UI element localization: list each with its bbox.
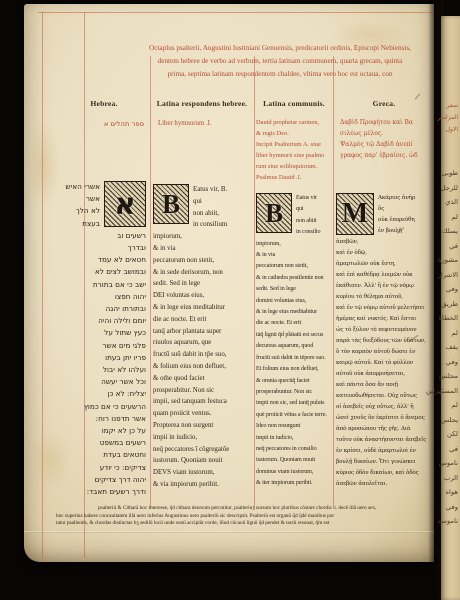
text-line: سفر: [441, 100, 458, 112]
woodcut-initial-m: M: [336, 193, 374, 235]
text-line: οἱ ἀσεβεῖς οὐχ οὕτως, ἀλλ' ἢ: [336, 402, 434, 413]
latin-hebrew-text-column: B Eatus vir, B.quinon abiit,in consilium…: [153, 184, 253, 491]
text-line: רשעים במשפט: [62, 437, 146, 449]
text-line: impii, sed tanquam festuca: [153, 396, 253, 408]
text-line: peccatorum non stetit,: [256, 261, 334, 272]
rubric-line: Δαβὶδ Προφήτου καὶ Βα: [340, 117, 434, 128]
text-line: ὡς τὸ ξύλον τὸ πεφυτευμένον: [336, 325, 434, 336]
rubric-line: dentem hebree de verbo ad verbum, tertia…: [128, 55, 432, 68]
text-line: الاشرار: [441, 268, 458, 283]
facing-page-edge: سفرالمزاميرالاول طوبىللرجلالذيلميسلكفيمش…: [441, 16, 460, 600]
text-line: καὶ ἐν τῷ νόμῳ αὐτοῦ μελετήσει: [336, 303, 434, 314]
latin-common-body: Eatus virquinon abiitin consilioimpiorum…: [256, 193, 334, 490]
page-crease: [24, 531, 434, 533]
text-line: DEVS viam iustorum,: [153, 467, 253, 479]
text-line: Propterea non surgent: [153, 420, 253, 432]
hebrew-text-column: א אשרי האישאשרלא הלךבעצתרשעים ובובדרךחטא…: [62, 181, 146, 498]
text-line: ἐκάθισεν. Ἀλλ' ἢ ἐν τῷ νόμῳ: [336, 281, 434, 292]
text-line: iustorum. Quoniam nouit: [256, 455, 334, 466]
text-line: prosperabuntur. Non sic: [256, 387, 334, 398]
text-line: neq̄ peccatores ī cōgregatōe: [153, 444, 253, 456]
text-line: τοῦτο οὐκ ἀναστήσονται ἀσεβεῖς: [336, 435, 434, 446]
text-line: tanq̄ arbor plantata super: [153, 326, 253, 338]
rubric-line: & regis Deo.: [256, 128, 336, 139]
text-line: & in via: [153, 243, 253, 255]
text-line: die ac nocte. Et erit: [153, 314, 253, 326]
text-line: רשעים וב: [62, 230, 146, 242]
text-line: καὶ πάντα ὅσα ἂν ποιῇ: [336, 380, 434, 391]
text-line: وفي: [441, 500, 458, 515]
text-line: יומם ולילה והיה: [62, 315, 146, 327]
latin-hebrew-body: Eatus vir, B.quinon abiit,in consiliumim…: [153, 184, 253, 491]
text-line: sedit. Sed in lege: [256, 284, 334, 295]
footer-line: psalteriū & Citharā hoc interesse, q̄d c…: [56, 505, 436, 513]
rubric-line: γραφος παρ' ἑβραίοις. ὠδ: [340, 150, 434, 161]
text-line: مجلس: [441, 369, 458, 384]
text-line: impiorum,: [256, 239, 334, 250]
rubric-line: σιλέως μέλος.: [340, 128, 434, 139]
text-line: طوبى: [441, 166, 458, 181]
text-line: βουλῇ δικαίων. Ὅτι γινώσκει: [336, 457, 434, 468]
text-line: sedit. Sed in lege: [153, 278, 253, 290]
text-line: impii in iudicio,: [153, 432, 253, 444]
title-rubric: Octaplus psalterii, Augustini Iustiniani…: [128, 42, 432, 81]
text-line: ἁμαρτωλῶν οὐκ ἔστη,: [336, 259, 434, 270]
text-line: וכל אשר יעשה: [62, 376, 146, 388]
text-line: يقف: [441, 340, 458, 355]
book-photograph: Octaplus psalterii, Augustini Iustiniani…: [0, 0, 460, 600]
text-line: peccatorum non stetit,: [153, 255, 253, 267]
rubric-line: Octaplus psalterii, Augustini Iustiniani…: [128, 42, 432, 55]
text-line: neq̄ peccatores in consilio: [256, 444, 334, 455]
text-line: & folium eius non defluet,: [153, 361, 253, 373]
text-line: פלגי מים אשר: [62, 340, 146, 352]
text-line: & om̄e quod faciet: [153, 373, 253, 385]
text-line: ἀσεβῶν,: [336, 237, 434, 248]
text-line: הרשעים כי אם כמוץ: [62, 401, 146, 413]
latin-common-rubric: Dauid prophetæ carmen,& regis Deo.Incipi…: [256, 117, 336, 183]
text-line: الرب: [441, 471, 458, 486]
text-line: וחטאים בעדת: [62, 449, 146, 461]
text-line: في: [441, 239, 458, 254]
text-line: الاول: [441, 124, 458, 136]
text-line: للرجل: [441, 181, 458, 196]
text-line: ناموس: [441, 456, 458, 471]
text-line: طريق: [441, 297, 458, 312]
text-line: impiorum,: [153, 231, 253, 243]
rubric-line: Ψαλμὸς τῷ Δαβὶδ ἀνεπί: [340, 139, 434, 150]
text-line: ועלהו לא יבול: [62, 364, 146, 376]
text-line: αὐτοῦ οὐκ ἀπορρυήσεται,: [336, 369, 434, 380]
text-line: الذي: [441, 195, 458, 210]
text-line: κύριος ὁδὸν δικαίων, καὶ ὁδὸς: [336, 468, 434, 479]
column-header-hebrew: Hebrea.: [62, 99, 146, 108]
text-line: פריו יתן בעתו: [62, 352, 146, 364]
red-rule-column-2: [254, 56, 255, 508]
facing-page-arabic-rubric: سفرالمزاميرالاول: [441, 100, 458, 136]
latin-common-text-column: B Eatus virquinon abiitin consilioimpior…: [256, 193, 334, 490]
woodcut-initial-b: B: [256, 193, 292, 233]
text-line: ἀπὸ προσώπου τῆς γῆς. Διὰ: [336, 424, 434, 435]
text-line: & in sede derisorum, non: [153, 267, 253, 279]
text-line: لم: [441, 210, 458, 225]
column-header-greek: Greca.: [338, 99, 430, 108]
rubric-line: liber hymnorū siue psalmo: [256, 150, 336, 161]
text-line: καιρῷ αὐτοῦ. Καὶ τὸ φύλλον: [336, 358, 434, 369]
rubric-line: Dauid prophetæ carmen,: [256, 117, 336, 128]
text-line: domini voluntas eius,: [256, 296, 334, 307]
text-line: ובמושב לצים לא: [62, 266, 146, 278]
text-line: DEI voluntas eius,: [153, 290, 253, 302]
text-line: כעץ שתול על: [62, 327, 146, 339]
text-line: ובתורתו יהגה: [62, 303, 146, 315]
red-rule-margin-left: [42, 12, 43, 558]
red-rule-column-1: [150, 56, 151, 508]
hebrew-rubric: ספר תהלים א: [64, 120, 144, 128]
text-line: Et folium eius non defluet,: [256, 364, 334, 375]
text-line: وفي: [441, 355, 458, 370]
text-line: riuulos aquarum, que: [153, 337, 253, 349]
text-line: fructū suū dabit in tēpore suo.: [256, 353, 334, 364]
text-line: & in cathedra pestilentie non: [256, 273, 334, 284]
rubric-line: rum siue soliloquiorum.: [256, 161, 336, 172]
text-line: κατευοδωθήσεται. Οὐχ οὕτως: [336, 391, 434, 402]
latin-hebrew-rubric: Liber hymnorum .I.: [158, 120, 254, 127]
hebrew-body: אשרי האישאשרלא הלךבעצתרשעים ובובדרךחטאים…: [62, 181, 146, 498]
text-line: κυρίου τὸ θέλημα αὐτοῦ,: [336, 292, 434, 303]
woodcut-initial-b: B: [153, 184, 189, 224]
text-line: في: [441, 442, 458, 457]
text-line: Ideo non resurgunt: [256, 421, 334, 432]
text-line: & omnia quecūq̄ faciet: [256, 376, 334, 387]
text-line: المستهزئين: [441, 384, 458, 399]
text-line: ὃ τὸν καρπὸν αὐτοῦ δώσει ἐν: [336, 347, 434, 358]
text-line: יהוה דרך צדיקים: [62, 474, 146, 486]
footer-line: tatur psallentis, & chordas distinctas h…: [56, 520, 436, 528]
text-line: tāq̄ lignū q̄d plātatū est secus: [256, 330, 334, 341]
text-line: impii in iudicio,: [256, 433, 334, 444]
text-line: καὶ ἐν ὁδῷ,: [336, 248, 434, 259]
text-line: decursus aquarum, quod: [256, 341, 334, 352]
text-line: dominus viam iustorum,: [256, 467, 334, 478]
text-line: ודרך רשעים תאבד:: [62, 486, 146, 498]
text-line: هواه: [441, 485, 458, 500]
text-line: impii non sic, sed tanq̄ puluis: [256, 398, 334, 409]
text-line: יצליח: לא כן: [62, 388, 146, 400]
text-line: لم: [441, 326, 458, 341]
rubric-line: prima, septima latinam respondentem chal…: [128, 68, 432, 81]
text-line: ἡμέρας καὶ νυκτός. Καὶ ἔσται: [336, 314, 434, 325]
text-line: ἐν κρίσει, οὐδὲ ἁμαρτωλοὶ ἐν: [336, 446, 434, 457]
text-line: ἀσεβῶν ἀπολεῖται.: [336, 479, 434, 490]
rubric-line: Psalmus Dauid .I.: [256, 172, 336, 183]
woodcut-initial-aleph: א: [104, 181, 146, 227]
text-line: المزامير: [441, 112, 458, 124]
text-line: quam proiicit ventus.: [153, 408, 253, 420]
text-line: ובדרך: [62, 242, 146, 254]
text-line: iustorum. Quoniam nouit: [153, 455, 253, 467]
text-line: על כן לא יקמו: [62, 425, 146, 437]
text-line: die ac nocte. Et erit: [256, 318, 334, 329]
greek-text-column: M Ακάριος ἀνὴρὃςοὐκ ἐπορεύθηἐν βουλῇἀσεβ…: [336, 193, 434, 490]
text-line: مشورة: [441, 253, 458, 268]
text-line: אשר תדפנו רוח:: [62, 413, 146, 425]
text-line: يجلس: [441, 413, 458, 428]
text-line: יהוה חפצו: [62, 291, 146, 303]
text-line: & in lege eius meditabitur: [153, 302, 253, 314]
text-line: & iter impiorum peribit.: [256, 478, 334, 489]
text-line: quē proiicit vētus a facie terre.: [256, 410, 334, 421]
rubric-line: Incipit Psalterium A. siue: [256, 139, 336, 150]
text-line: παρὰ τὰς διεξόδους τῶν ὑδάτων,: [336, 336, 434, 347]
text-line: prosperabitur. Non sic: [153, 385, 253, 397]
text-line: & in lege eius meditabitur: [256, 307, 334, 318]
text-line: الخطاة: [441, 311, 458, 326]
text-line: καὶ ἐπὶ καθέδρᾳ λοιμῶν οὐκ: [336, 270, 434, 281]
red-rule-horizontal: [38, 12, 433, 13]
facing-page-arabic-text: طوبىللرجلالذيلميسلكفيمشورةالاشراروفيطريق…: [441, 166, 458, 529]
commentary-footer: psalteriū & Citharā hoc interesse, q̄d c…: [56, 505, 436, 528]
greek-rubric: Δαβὶδ Προφήτου καὶ Βασιλέως μέλος.Ψαλμὸς…: [340, 117, 434, 161]
column-header-latin-common: Latina communis.: [255, 99, 333, 108]
text-line: צדיקים: כי יודע: [62, 462, 146, 474]
text-line: ناموسه: [441, 514, 458, 529]
text-line: & via impiorum peribit.: [153, 479, 253, 491]
greek-body: Ακάριος ἀνὴρὃςοὐκ ἐπορεύθηἐν βουλῇἀσεβῶν…: [336, 193, 434, 490]
text-line: لم: [441, 398, 458, 413]
text-line: وفي: [441, 282, 458, 297]
text-line: fructū suū dabit in tp̄e suo,: [153, 349, 253, 361]
text-line: لكن: [441, 427, 458, 442]
text-line: & in via: [256, 250, 334, 261]
column-header-latin-hebrew: Latina respondens hebree.: [150, 99, 254, 108]
text-line: ὡσεὶ χνοῦς ὃν ἐκρίπτει ὁ ἄνεμος: [336, 413, 434, 424]
text-line: يسلك: [441, 224, 458, 239]
text-line: חטאים לא עמד: [62, 254, 146, 266]
text-line: ישב כי אם בתורת: [62, 279, 146, 291]
